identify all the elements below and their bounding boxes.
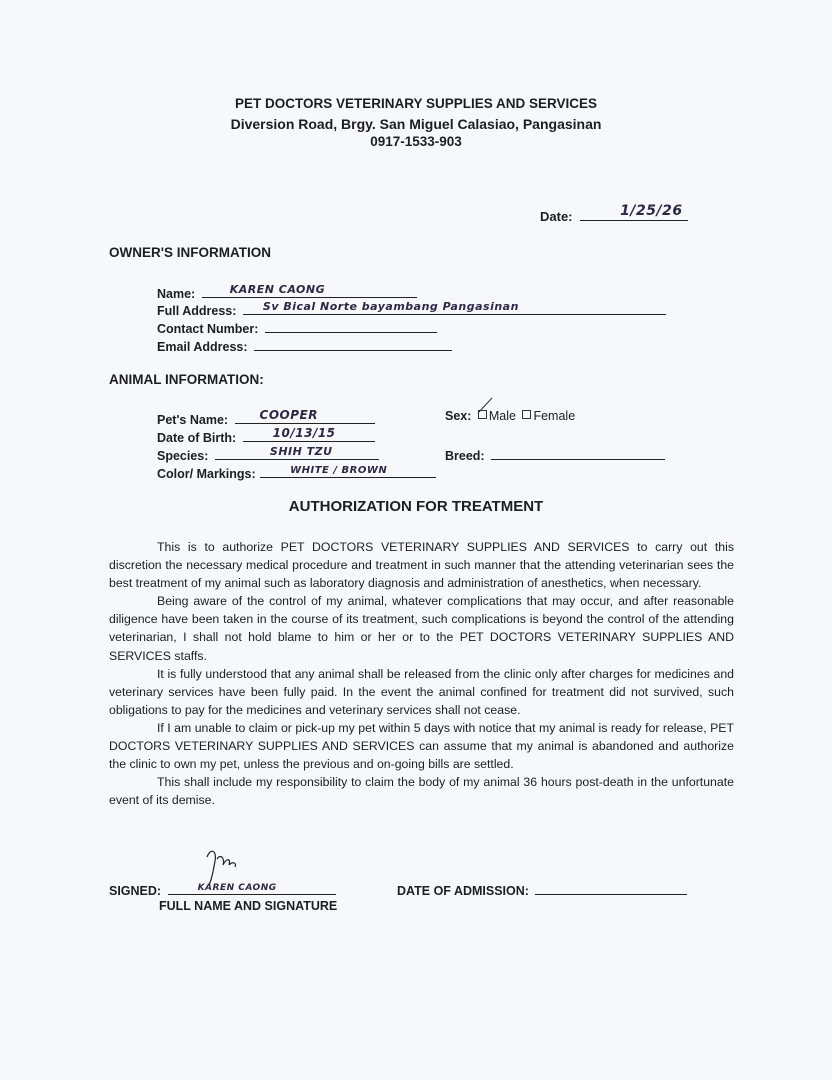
sex-female-label: Female <box>533 409 575 423</box>
date-line[interactable]: 1/25/26 <box>580 206 688 221</box>
dob-label: Date of Birth: <box>157 431 236 445</box>
date-label: Date: <box>540 209 573 224</box>
authorization-paragraph: If I am unable to claim or pick-up my pe… <box>109 719 734 773</box>
species-field[interactable]: Species: SHIH TZU <box>157 445 379 463</box>
species-value: SHIH TZU <box>270 445 379 458</box>
dob-value: 10/13/15 <box>273 426 375 440</box>
owner-address-value: Sv Bical Norte bayambang Pangasinan <box>263 300 666 313</box>
owner-contact-field[interactable]: Contact Number: <box>157 318 437 336</box>
date-value: 1/25/26 <box>620 203 688 219</box>
color-markings-line[interactable]: WHITE / BROWN <box>260 463 436 478</box>
company-address: Diversion Road, Brgy. San Miguel Calasia… <box>0 116 832 132</box>
authorization-paragraph: Being aware of the control of my animal,… <box>109 592 734 664</box>
signature-scribble-icon <box>185 845 275 885</box>
color-markings-value: WHITE / BROWN <box>290 465 436 476</box>
owner-contact-line[interactable] <box>265 318 437 333</box>
owner-address-label: Full Address: <box>157 304 236 318</box>
admission-date-line[interactable] <box>535 880 687 895</box>
breed-line[interactable] <box>491 445 665 460</box>
dob-field[interactable]: Date of Birth: 10/13/15 <box>157 427 375 445</box>
pet-name-field[interactable]: Pet's Name: COOPER <box>157 409 375 427</box>
owner-name-label: Name: <box>157 287 195 301</box>
consent-form-page: PET DOCTORS VETERINARY SUPPLIES AND SERV… <box>0 0 832 1080</box>
owner-email-field[interactable]: Email Address: <box>157 336 452 354</box>
sex-label: Sex: <box>445 409 471 423</box>
sex-female-checkbox[interactable] <box>522 410 531 419</box>
owner-address-field[interactable]: Full Address: Sv Bical Norte bayambang P… <box>157 300 666 318</box>
signature-caption: FULL NAME AND SIGNATURE <box>159 899 337 913</box>
signed-label: SIGNED: <box>109 884 161 898</box>
owner-contact-label: Contact Number: <box>157 322 258 336</box>
breed-label: Breed: <box>445 449 485 463</box>
admission-date-field[interactable]: DATE OF ADMISSION: <box>397 880 687 898</box>
color-markings-field[interactable]: Color/ Markings: WHITE / BROWN <box>157 463 436 481</box>
authorization-body: This is to authorize PET DOCTORS VETERIN… <box>109 538 734 809</box>
owner-email-label: Email Address: <box>157 340 248 354</box>
animal-info-heading: ANIMAL INFORMATION: <box>109 372 264 387</box>
pet-name-value: COOPER <box>260 408 375 422</box>
authorization-paragraph: It is fully understood that any animal s… <box>109 665 734 719</box>
dob-line[interactable]: 10/13/15 <box>243 427 375 442</box>
color-markings-label: Color/ Markings: <box>157 467 256 481</box>
authorization-paragraph: This is to authorize PET DOCTORS VETERIN… <box>109 538 734 592</box>
pet-name-line[interactable]: COOPER <box>235 409 375 424</box>
breed-field[interactable]: Breed: <box>445 445 665 463</box>
owner-name-value: KAREN CAONG <box>230 283 417 296</box>
species-label: Species: <box>157 449 208 463</box>
owner-name-line[interactable]: KAREN CAONG <box>202 283 417 298</box>
owner-address-line[interactable]: Sv Bical Norte bayambang Pangasinan <box>243 300 666 315</box>
authorization-title: AUTHORIZATION FOR TREATMENT <box>0 498 832 515</box>
company-phone: 0917-1533-903 <box>0 134 832 149</box>
pet-name-label: Pet's Name: <box>157 413 228 427</box>
admission-date-label: DATE OF ADMISSION: <box>397 884 529 898</box>
owner-info-heading: OWNER'S INFORMATION <box>109 245 271 260</box>
authorization-paragraph: This shall include my responsibility to … <box>109 773 734 809</box>
company-name: PET DOCTORS VETERINARY SUPPLIES AND SERV… <box>0 96 832 111</box>
date-field[interactable]: Date: 1/25/26 <box>540 206 688 224</box>
sex-field: Sex: Male Female <box>445 409 575 423</box>
checkmark-icon <box>476 397 494 415</box>
species-line[interactable]: SHIH TZU <box>215 445 379 460</box>
owner-email-line[interactable] <box>254 336 452 351</box>
owner-name-field[interactable]: Name: KAREN CAONG <box>157 283 417 301</box>
